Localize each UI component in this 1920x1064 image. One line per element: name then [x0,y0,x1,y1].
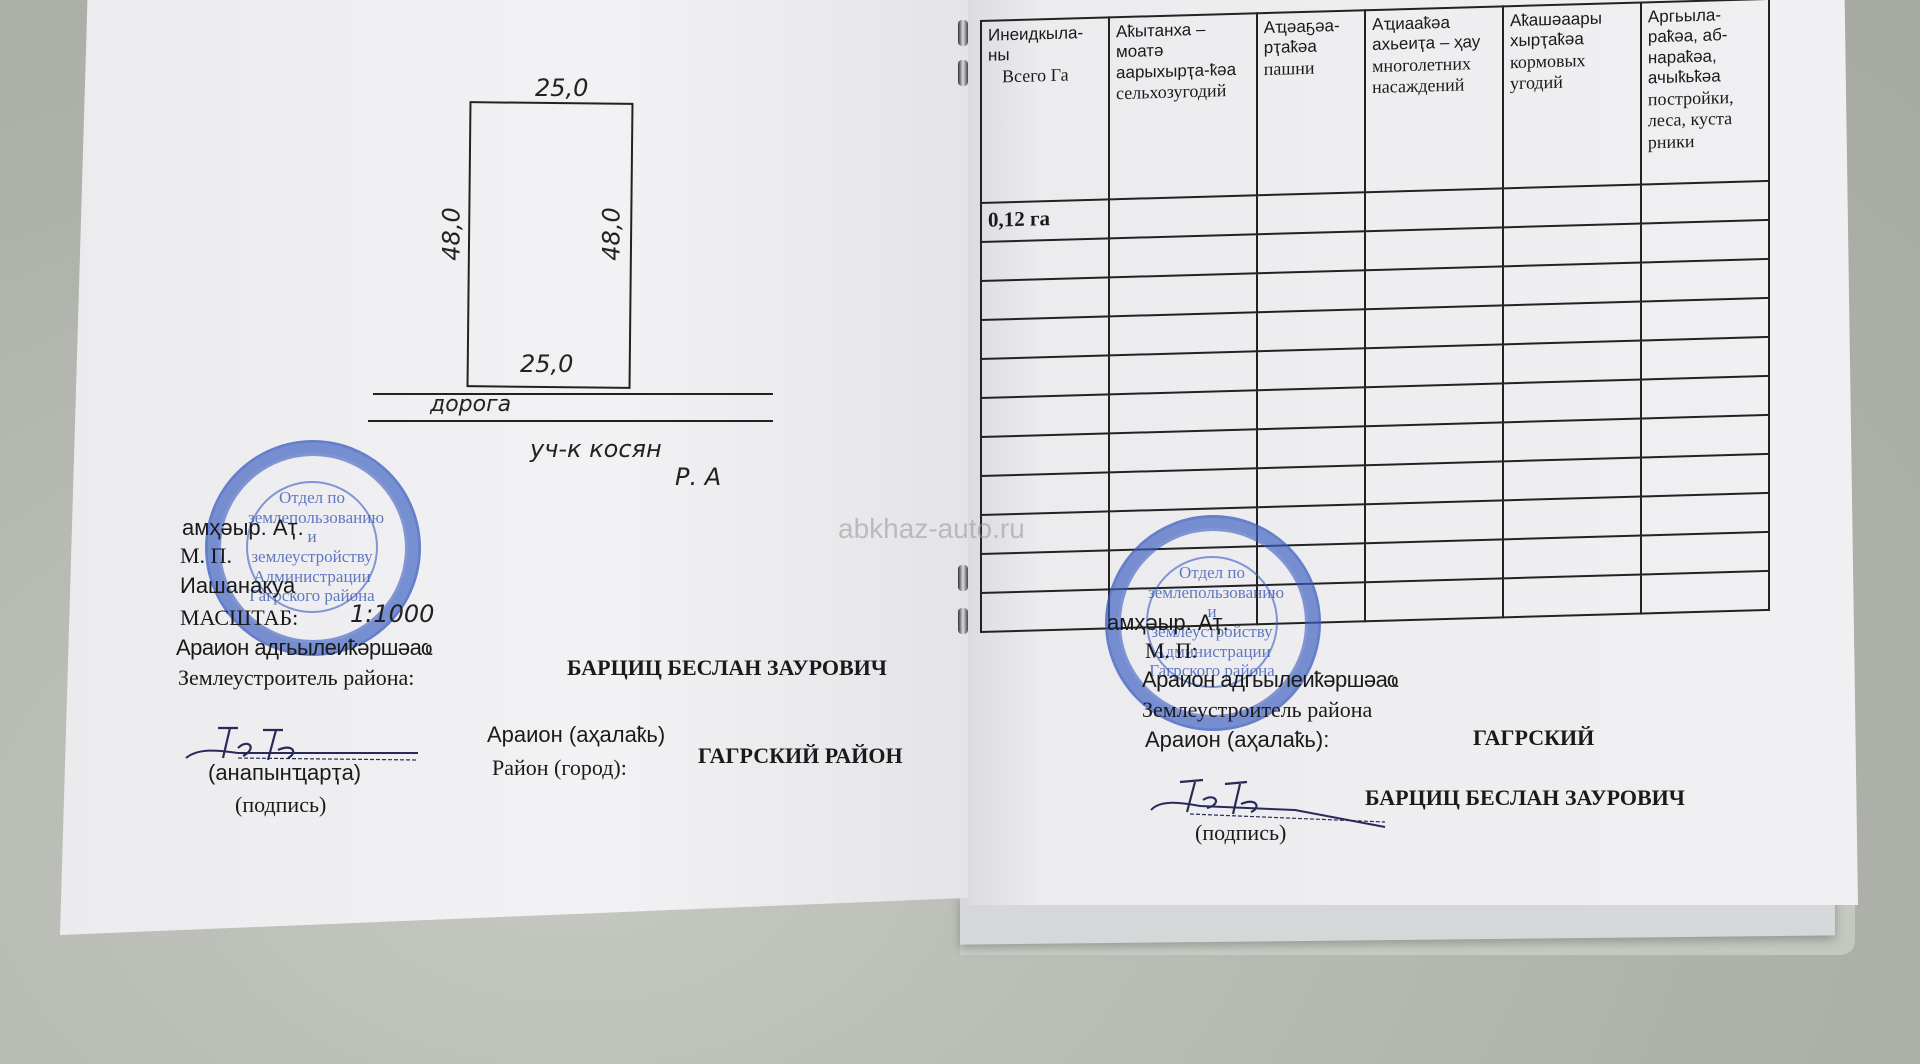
table-cell [1641,220,1769,263]
table-cell [1365,305,1503,348]
table-header-cell: Аҟытанха – моатә аарыхырҭа-ҟәасельхозуго… [1109,13,1257,199]
table-cell [1257,426,1365,468]
table-cell [1365,500,1503,543]
surveyor-name: БАРЦИЦ БЕСЛАН ЗАУРОВИЧ [1365,785,1685,811]
table-cell [1365,461,1503,504]
header-abkhaz: Аргьыла-раҟәа, аб-нараҟәа, ачыҟьҟәа [1648,4,1762,89]
table-cell [1365,578,1503,621]
sketch-left-length: 48,0 [438,207,466,260]
table-cell [981,316,1109,359]
header-russian: пашни [1264,56,1358,80]
table-cell [1109,468,1257,511]
table-cell [1365,227,1503,270]
table-cell [1109,351,1257,394]
table-cell [981,433,1109,476]
binding-ring [958,60,968,86]
land-use-table: Инеидкыла-ныВсего ГаАҟытанха – моатә аар… [980,0,1770,633]
sketch-bottom-length: 25,0 [520,350,573,378]
table-cell [1257,465,1365,507]
table-cell [981,277,1109,320]
table-cell [1257,387,1365,429]
table-cell [1109,312,1257,355]
table-cell [981,589,1109,632]
header-abkhaz: Инеидкыла-ны [988,23,1102,67]
table-cell [1641,415,1769,458]
district-label-ru: Район (город): [492,755,627,781]
table-cell [1365,422,1503,465]
table-cell [1109,429,1257,472]
stamp-line: Отдел по [248,488,376,508]
district-label-abkhaz: Араион (аҳалаҟь) [487,722,665,748]
table-header-cell: Аҟашәаары хырҭаҟәакормовых угодий [1503,3,1641,189]
table-header-cell: Аҵәаҕәа-рҭаҟәапашни [1257,10,1365,195]
district-label-abkhaz: Араион (аҳалаҟь): [1145,727,1329,753]
table-cell [1257,192,1365,234]
table-cell: 0,12 га [981,199,1109,242]
header-abkhaz: Аҵиааҟәа ахьеиҭа – ҳау [1372,12,1496,56]
table-cell [1257,348,1365,390]
table-cell [1503,224,1641,267]
stamp-line: землепользованию [1148,583,1276,603]
table-cell [1641,454,1769,497]
road-line-bottom [368,420,773,422]
surveyor-label-ru: Землеустроитель района: [178,665,414,691]
scale-label-abkhaz: Иашанакуа [180,573,295,599]
table-cell [1641,337,1769,380]
table-cell [1109,390,1257,433]
district-value: ГАГРСКИЙ [1473,725,1594,751]
table-cell [1109,195,1257,238]
surveyor-label-ru: Землеустроитель района [1142,697,1372,723]
seal-label-abkhaz: амҳәыр. Аҭ. [1107,610,1229,636]
table-header-row: Инеидкыла-ныВсего ГаАҟытанха – моатә аар… [981,0,1769,203]
scale-label-ru: МАСШТАБ: [180,605,298,631]
scale-value: 1:1000 [350,600,434,628]
table-cell [1503,458,1641,501]
binding-ring [958,608,968,634]
watermark: abkhaz-auto.ru [838,513,1025,545]
header-russian: многолетних насаждений [1372,52,1496,99]
table-cell [1109,234,1257,277]
table-cell [1365,383,1503,426]
sketch-top-length: 25,0 [535,74,588,102]
surveyor-name: БАРЦИЦ БЕСЛАН ЗАУРОВИЧ [567,655,887,681]
table-cell [1641,493,1769,536]
road-label: дорога [430,392,511,417]
table-cell [1641,571,1769,614]
table-cell [981,355,1109,398]
table-cell [1257,231,1365,273]
header-russian: постройки, леса, куста рники [1648,86,1762,154]
header-abkhaz: Аҵәаҕәа-рҭаҟәа [1264,15,1358,58]
table-cell [1365,266,1503,309]
table-cell [1503,419,1641,462]
header-abkhaz: Аҟашәаары хырҭаҟәа [1510,8,1634,52]
seal-label-abkhaz: амҳәыр. Аҭ. [182,515,304,541]
table-cell [1503,185,1641,228]
table-cell [1641,532,1769,575]
table-cell [981,394,1109,437]
header-russian: кормовых угодий [1510,49,1634,96]
table-cell [1503,341,1641,384]
signature-label-abkhaz: (анапынҵарҭа) [208,760,361,786]
sketch-right-length: 48,0 [598,207,626,260]
table-cell [1503,263,1641,306]
header-russian: сельхозугодий [1116,80,1250,105]
table-header-cell: Инеидкыла-ныВсего Га [981,17,1109,203]
table-cell [1641,298,1769,341]
binding-ring [958,565,968,591]
district-value: ГАГРСКИЙ РАЙОН [698,743,903,769]
table-cell [1365,188,1503,231]
table-cell [981,472,1109,515]
signature-label-ru: (подпись) [1195,820,1286,846]
stamp-line: Отдел по [1148,563,1276,583]
signature-label-ru: (подпись) [235,792,326,818]
neighbor-label: уч-к косян [530,435,662,463]
table-cell [1503,380,1641,423]
table-cell [981,550,1109,593]
binding-ring [958,20,968,46]
header-russian: Всего Га [988,63,1102,88]
table-cell [1641,181,1769,224]
table-cell [981,238,1109,281]
table-body: 0,12 га [981,181,1769,632]
table-cell [1109,273,1257,316]
table-cell [1365,539,1503,582]
table-cell [1365,344,1503,387]
table-cell [1503,575,1641,618]
surveyor-label-abkhaz: Араион адгьылеиҟәршәаҩ [176,635,432,661]
table-header-cell: Аҵиааҟәа ахьеиҭа – ҳаумноголетних насажд… [1365,6,1503,192]
seal-label-ru: М. П. [180,543,232,569]
table-cell [1503,536,1641,579]
table-cell [1503,497,1641,540]
table-cell [1257,309,1365,351]
table-cell [1257,270,1365,312]
seal-label-ru: М. П: [1145,638,1198,664]
table-cell [1503,302,1641,345]
header-abkhaz: Аҟытанха – моатә аарыхырҭа-ҟәа [1116,18,1250,83]
table-cell [1641,376,1769,419]
table-cell [1641,259,1769,302]
table-header-cell: Аргьыла-раҟәа, аб-нараҟәа, ачыҟьҟәапостр… [1641,0,1769,185]
surveyor-label-abkhaz: Араион адгьылеиҟәршәаҩ [1142,667,1398,693]
neighbor-initials: Р. А [675,463,721,491]
